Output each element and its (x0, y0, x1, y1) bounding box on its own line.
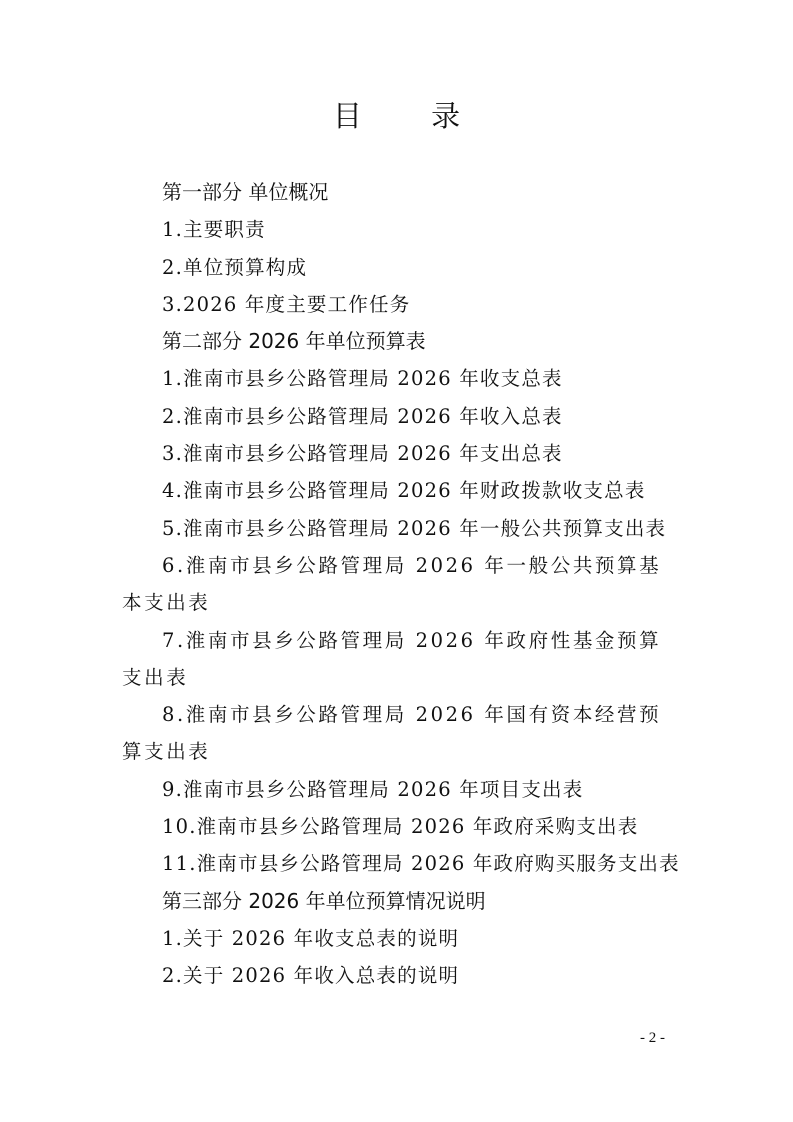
toc-item[interactable]: 4.淮南市县乡公路管理局 2026 年财政拨款收支总表 (122, 472, 682, 509)
toc-item[interactable]: 9.淮南市县乡公路管理局 2026 年项目支出表 (122, 771, 682, 808)
page-number: - 2 - (640, 1030, 665, 1047)
toc-item[interactable]: 1.主要职责 (122, 211, 682, 248)
toc-item[interactable]: 2.关于 2026 年收入总表的说明 (122, 957, 682, 994)
page-title: 目 录 (0, 96, 793, 136)
toc-item[interactable]: 3.2026 年度主要工作任务 (122, 286, 682, 323)
toc-item[interactable]: 5.淮南市县乡公路管理局 2026 年一般公共预算支出表 (122, 510, 682, 547)
toc-item[interactable]: 2.单位预算构成 (122, 249, 682, 286)
toc-item[interactable]: 3.淮南市县乡公路管理局 2026 年支出总表 (122, 435, 682, 472)
toc-item[interactable]: 1.关于 2026 年收支总表的说明 (122, 920, 682, 957)
toc-item[interactable]: 8.淮南市县乡公路管理局 2026 年国有资本经营预算支出表 (122, 696, 682, 771)
toc-item[interactable]: 10.淮南市县乡公路管理局 2026 年政府采购支出表 (122, 808, 682, 845)
toc-part2-heading[interactable]: 第二部分 2026 年单位预算表 (122, 323, 682, 360)
toc-part3-heading[interactable]: 第三部分 2026 年单位预算情况说明 (122, 883, 682, 920)
toc-item[interactable]: 1.淮南市县乡公路管理局 2026 年收支总表 (122, 360, 682, 397)
toc-item[interactable]: 7.淮南市县乡公路管理局 2026 年政府性基金预算支出表 (122, 622, 682, 697)
table-of-contents: 第一部分 单位概况 1.主要职责 2.单位预算构成 3.2026 年度主要工作任… (122, 174, 682, 995)
toc-item[interactable]: 11.淮南市县乡公路管理局 2026 年政府购买服务支出表 (122, 845, 682, 882)
toc-item[interactable]: 6.淮南市县乡公路管理局 2026 年一般公共预算基本支出表 (122, 547, 682, 622)
toc-item[interactable]: 2.淮南市县乡公路管理局 2026 年收入总表 (122, 398, 682, 435)
toc-part1-heading[interactable]: 第一部分 单位概况 (122, 174, 682, 211)
